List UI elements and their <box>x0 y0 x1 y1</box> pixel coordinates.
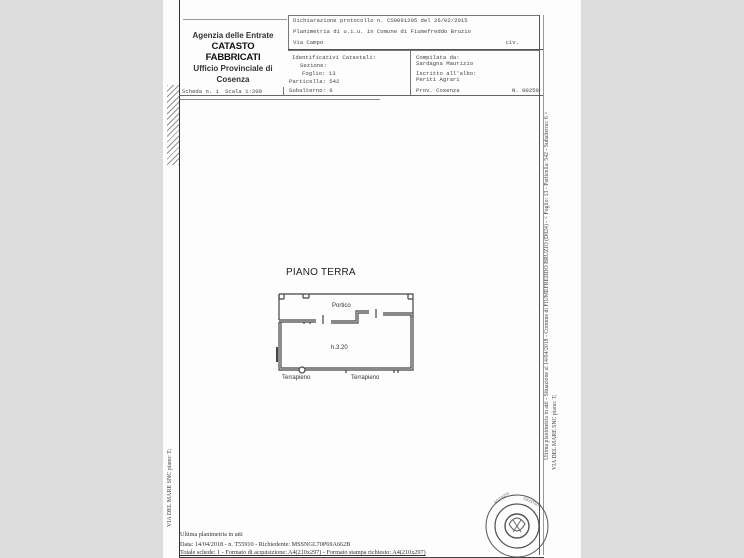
scale-value: Scala 1:200 <box>225 88 262 95</box>
right-margin-text: Ultima planimetria in atti - Situazione … <box>544 111 550 460</box>
terrapieno-left-label: Terrapieno <box>282 375 310 381</box>
left-border-line <box>179 0 180 558</box>
svg-text:AGENZIA: AGENZIA <box>493 490 511 504</box>
register-value: Periti Agrari <box>416 76 460 83</box>
footer-request-info: Data: 14/04/2018 - n. T55910 - Richieden… <box>180 541 350 548</box>
footer-format-info: Totale schede: 1 - Formato di acquisizio… <box>180 549 426 556</box>
registration-number: N. 00250 <box>512 87 539 94</box>
left-hatched-margin <box>167 85 179 165</box>
cadastral-document-page: Agenzia delle Entrate CATASTO FABBRICATI… <box>163 0 581 558</box>
ceiling-height-label: h.3.20 <box>331 345 348 351</box>
agency-department: CATASTO FABBRICATI <box>183 41 283 63</box>
foglio-field: Foglio: 13 <box>302 70 336 77</box>
province-text: Prov. Cosenza <box>416 87 460 94</box>
subalterno-field: Subalterno: 6 <box>289 87 333 94</box>
terrapieno-right-label: Terrapieno <box>351 375 379 381</box>
declaration-text: Dichiarazione protocollo n. CS0091205 de… <box>293 17 468 24</box>
agency-name: Agenzia delle Entrate <box>183 30 283 41</box>
sheet-number: Scheda n. 1 <box>182 88 219 95</box>
agency-divider <box>183 19 287 20</box>
portico-label: Portico <box>332 303 351 309</box>
civic-label: civ. <box>506 39 519 46</box>
footer-latest-plan: Ultima planimetria in atti <box>180 531 243 538</box>
right-margin-text-2: VIA DEL MARE SNC piano: T; <box>552 394 558 470</box>
agency-city: Cosenza <box>183 74 283 85</box>
header-divider <box>288 49 543 50</box>
identifiers-box: Identificativi Catastali: Sezione: Fogli… <box>288 51 411 95</box>
scale-underline <box>180 99 380 100</box>
left-margin-text: VIA DEL MARE SNC piano: T; <box>167 449 173 527</box>
right-border-line <box>539 15 540 555</box>
particella-field: Particella: 542 <box>289 78 339 85</box>
identifiers-title: Identificativi Catastali: <box>292 54 376 61</box>
official-seal-stamp-icon: AGENZIA GIUSTIZIA <box>483 490 551 558</box>
agency-office: Ufficio Provinciale di <box>183 63 283 74</box>
scale-box: Scheda n. 1 Scala 1:200 <box>180 87 284 96</box>
declaration-header-box: Dichiarazione protocollo n. CS0091205 de… <box>288 15 539 51</box>
compiler-name: Sardagna Maurizio <box>416 60 473 67</box>
address-text: Via Campo <box>293 39 323 46</box>
floor-title: PIANO TERRA <box>286 267 356 278</box>
agency-block: Agenzia delle Entrate CATASTO FABBRICATI… <box>183 30 283 85</box>
floor-plan: Portico h.3.20 Terrapieno Terrapieno <box>276 290 416 385</box>
compiler-box: Compilata da: Sardagna Maurizio Iscritto… <box>412 51 542 95</box>
planimetry-text: Planimetria di u.i.u. in Comune di Fiume… <box>293 28 471 35</box>
sezione-field: Sezione: <box>300 62 327 69</box>
